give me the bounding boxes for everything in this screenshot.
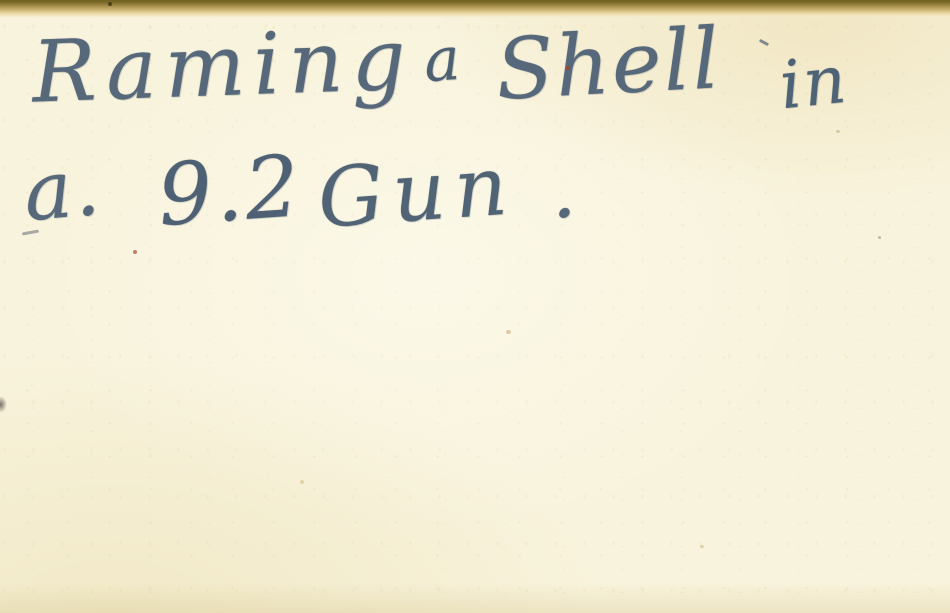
paper-fleck-red <box>566 66 570 70</box>
handwritten-word-shell: Shell <box>494 16 723 112</box>
handwritten-word-raming: Raming <box>31 17 415 115</box>
handwritten-word-in: in <box>777 47 851 120</box>
paper-fleck-tan <box>836 130 840 133</box>
paper-fleck-tan <box>300 480 304 484</box>
edge-smudge-mark <box>0 396 7 413</box>
paper-fleck-red <box>133 250 137 254</box>
caption-card: Raming a Shell in a. 9.2 Gun . <box>0 0 950 613</box>
handwritten-word-a: a <box>422 29 464 91</box>
handwriting-layer: Raming a Shell in a. 9.2 Gun . <box>0 0 950 613</box>
pen-tick-mark <box>759 39 769 46</box>
paper-fleck-dark <box>108 2 112 6</box>
handwritten-period: . <box>552 152 577 230</box>
handwritten-word-9-2: 9.2 <box>155 144 305 239</box>
paper-fleck-gray <box>878 236 881 239</box>
paper-fleck-tan <box>700 545 704 548</box>
handwritten-word-gun: Gun <box>315 145 518 241</box>
paper-fleck-tan <box>506 330 511 334</box>
handwritten-word-a2: a. <box>21 147 105 233</box>
